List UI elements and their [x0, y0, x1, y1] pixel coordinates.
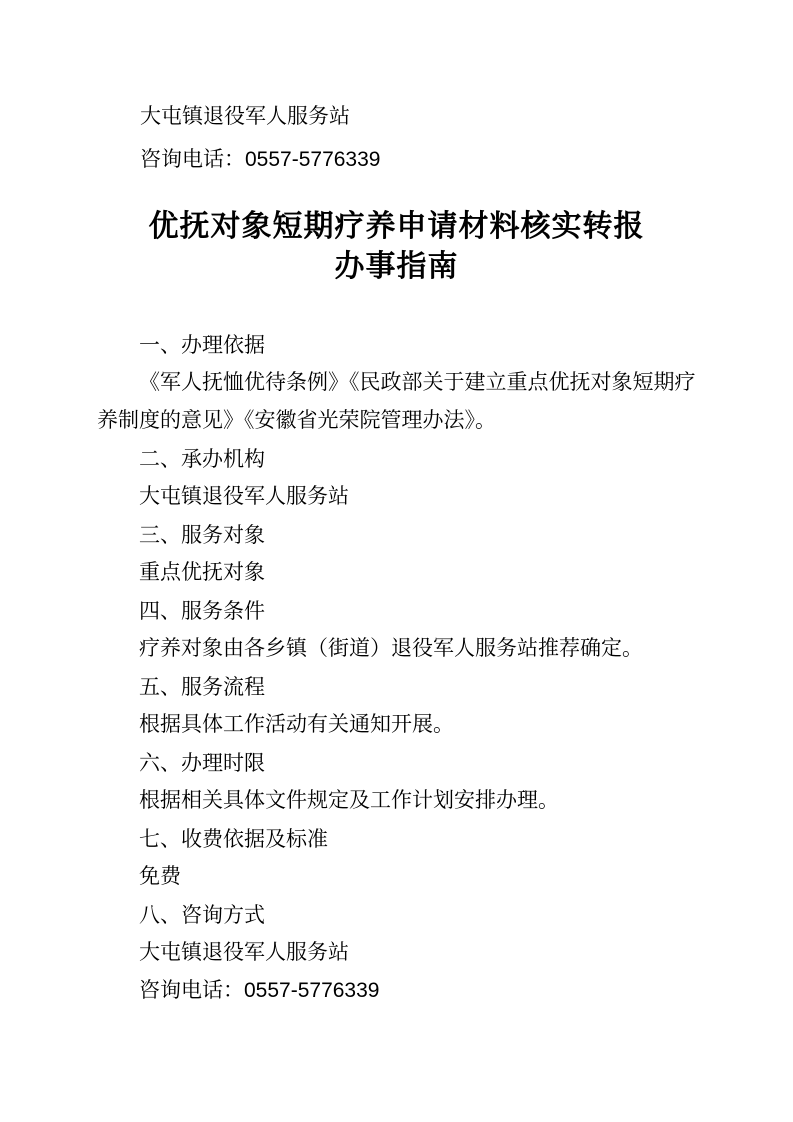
section-5-heading: 五、服务流程 — [97, 668, 696, 706]
header-office-name: 大屯镇退役军人服务站 — [97, 95, 696, 138]
section-3-body: 重点优抚对象 — [97, 554, 696, 592]
section-6-body: 根据相关具体文件规定及工作计划安排办理。 — [97, 782, 696, 820]
section-4-heading: 四、服务条件 — [97, 592, 696, 630]
section-8-body-phone: 咨询电话：0557-5776339 — [97, 972, 696, 1010]
section-6-heading: 六、办理时限 — [97, 744, 696, 782]
section-3-heading: 三、服务对象 — [97, 516, 696, 554]
section-1-body: 《军人抚恤优待条例》《民政部关于建立重点优抚对象短期疗养制度的意见》《安徽省光荣… — [97, 364, 696, 440]
document-page: 大屯镇退役军人服务站 咨询电话：0557-5776339 优抚对象短期疗养申请材… — [0, 0, 793, 1122]
document-title: 优抚对象短期疗养申请材料核实转报 办事指南 — [97, 207, 696, 287]
header-phone: 咨询电话：0557-5776339 — [97, 138, 696, 181]
section-2-heading: 二、承办机构 — [97, 440, 696, 478]
section-7-heading: 七、收费依据及标准 — [97, 820, 696, 858]
section-5-body: 根据具体工作活动有关通知开展。 — [97, 706, 696, 744]
document-title-line-2: 办事指南 — [97, 247, 696, 287]
section-4-body: 疗养对象由各乡镇（街道）退役军人服务站推荐确定。 — [97, 630, 696, 668]
guide-sections: 一、办理依据 《军人抚恤优待条例》《民政部关于建立重点优抚对象短期疗养制度的意见… — [97, 326, 696, 1010]
document-title-line-1: 优抚对象短期疗养申请材料核实转报 — [97, 207, 696, 247]
section-2-body: 大屯镇退役军人服务站 — [97, 478, 696, 516]
section-7-body: 免费 — [97, 858, 696, 896]
section-1-heading: 一、办理依据 — [97, 326, 696, 364]
section-8-heading: 八、咨询方式 — [97, 896, 696, 934]
section-8-body-office: 大屯镇退役军人服务站 — [97, 934, 696, 972]
